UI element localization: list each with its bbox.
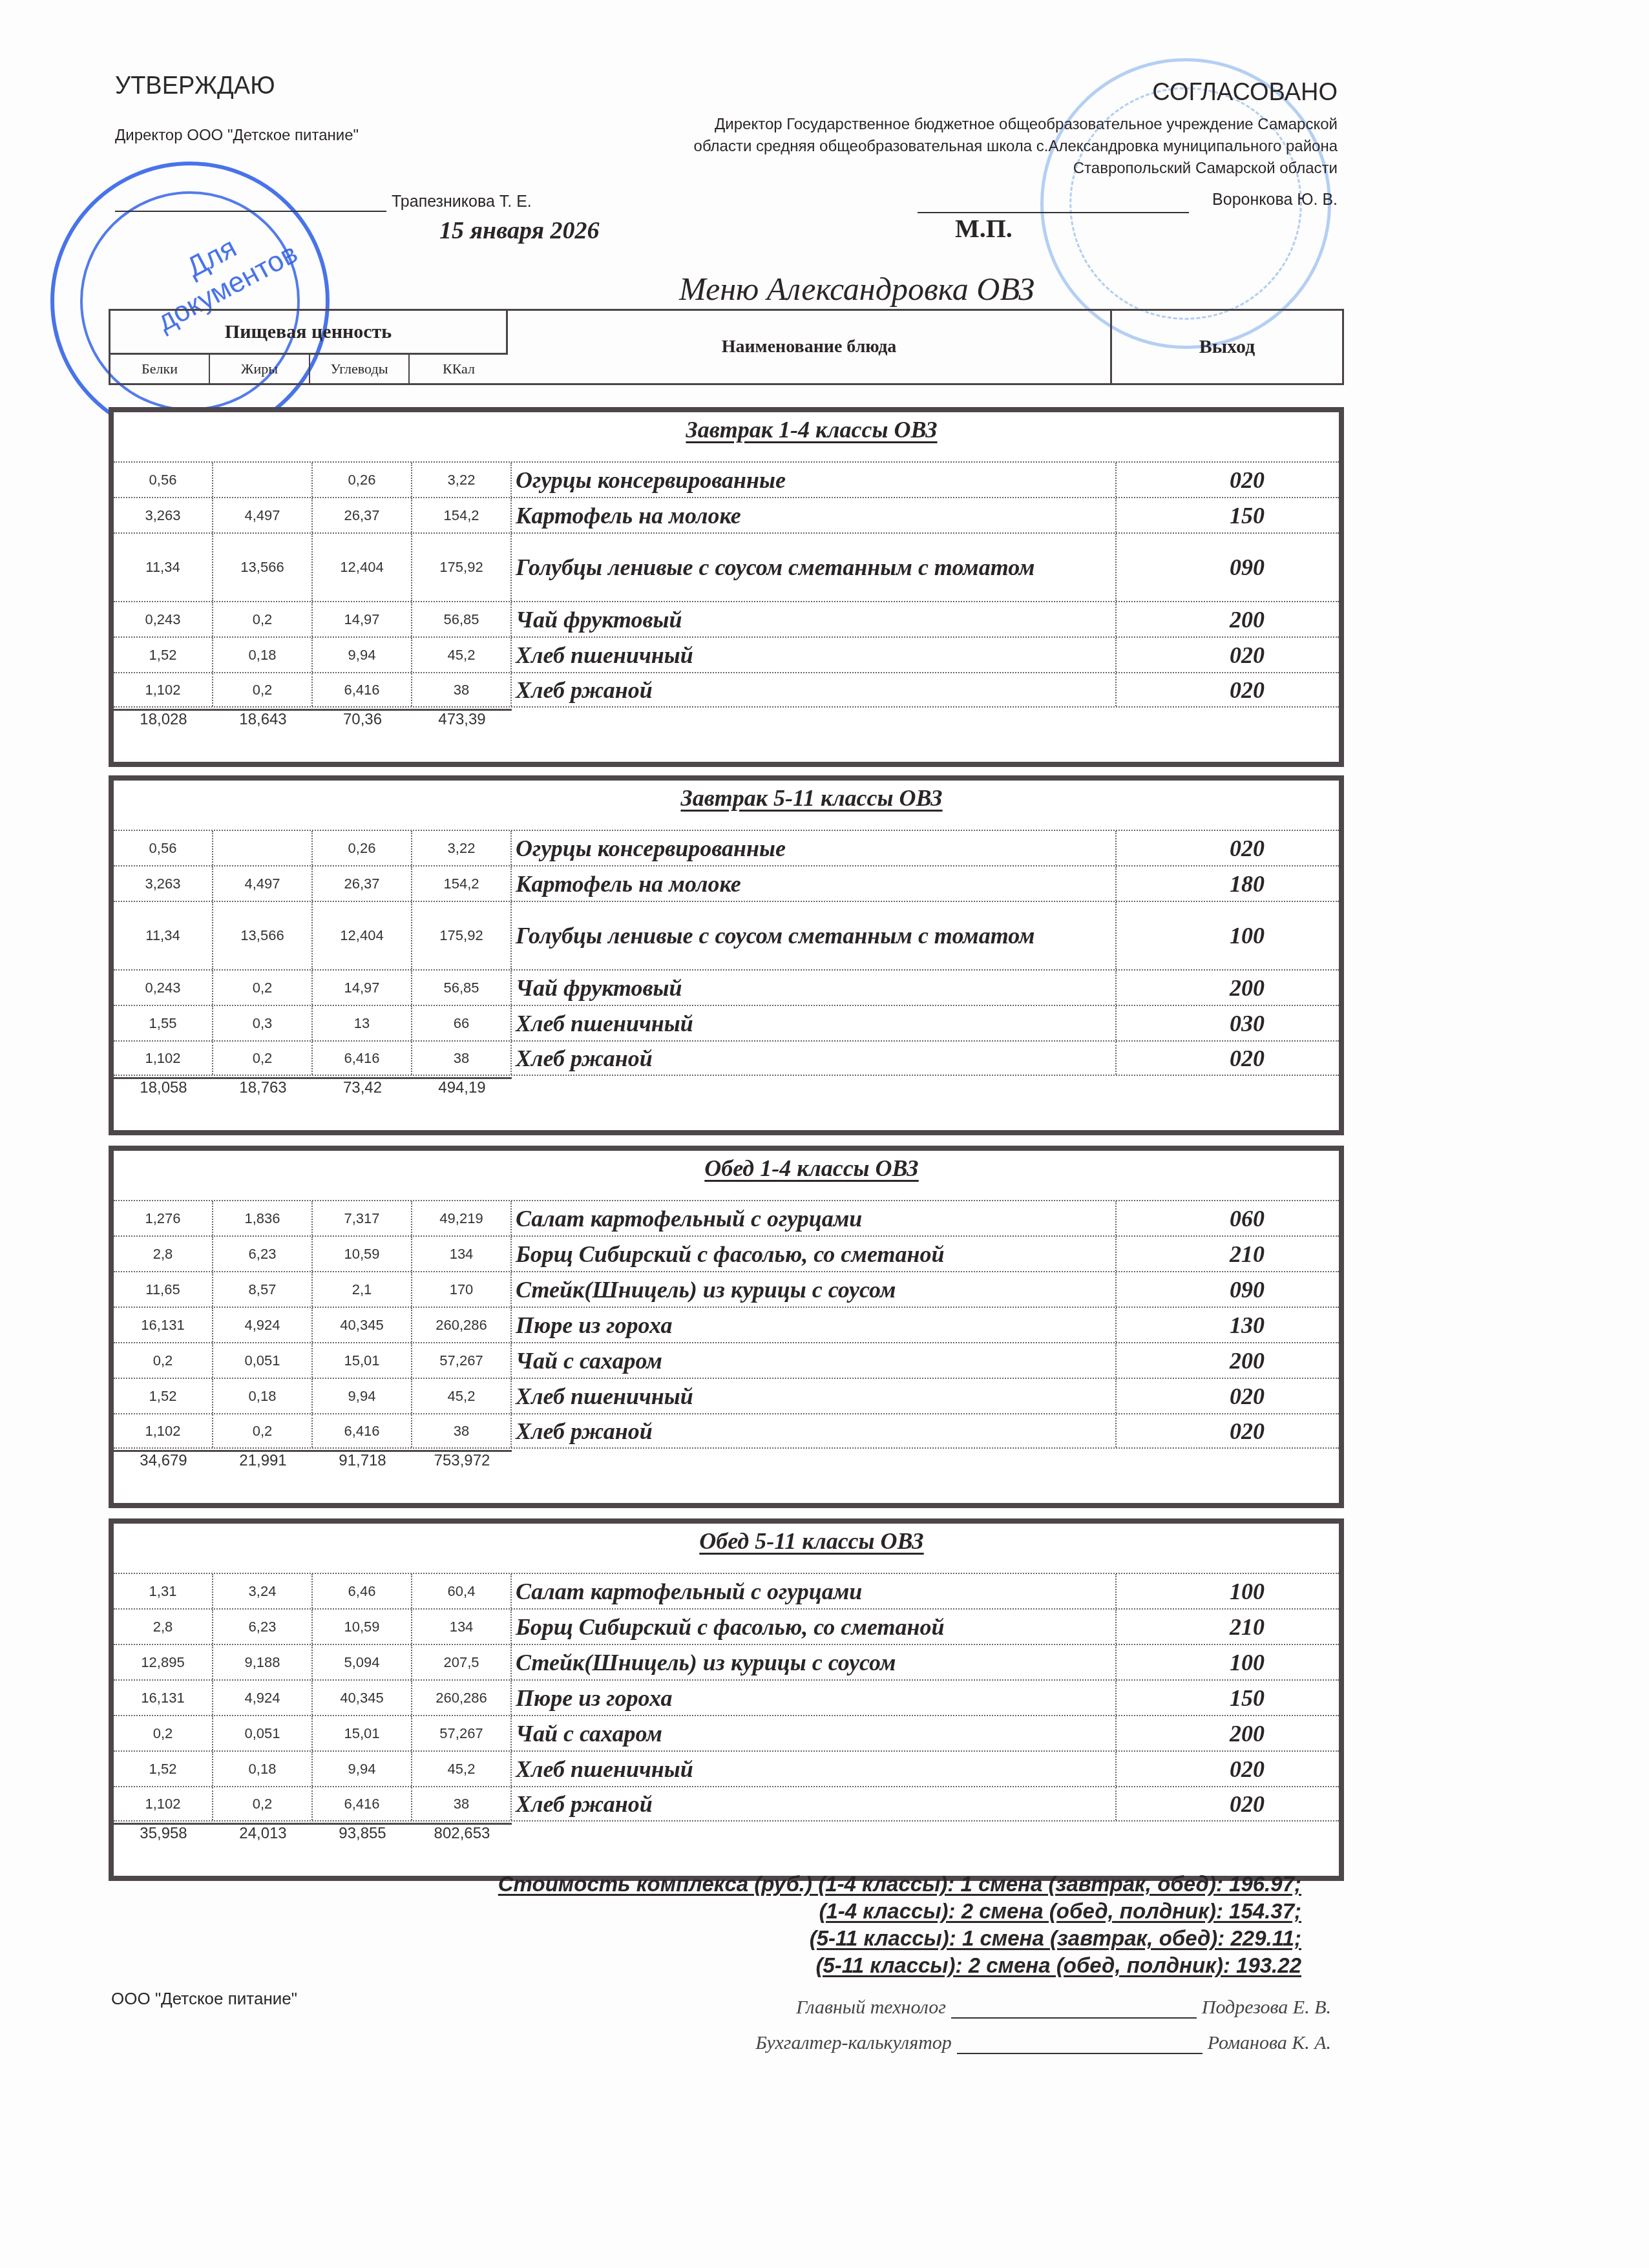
cell-output: 200 [1117,1343,1339,1378]
menu-section: Обед 5-11 классы ОВЗ1,313,246,4660,4Сала… [109,1518,1344,1881]
cell-dish-name: Салат картофельный с огурцами [512,1574,1117,1608]
cell-protein: 1,102 [114,673,213,706]
cell-protein: 0,243 [114,602,213,636]
footer-company: ООО "Детское питание" [111,1989,297,2009]
total-kcal: 494,19 [412,1079,512,1097]
cell-dish-name: Борщ Сибирский с фасолью, со сметаной [512,1610,1117,1644]
cell-kcal: 170 [412,1272,512,1307]
total-protein: 34,679 [114,1452,213,1470]
cell-fat: 6,23 [213,1610,313,1644]
totals-row: 18,02818,64370,36473,39 [114,709,512,729]
cell-protein: 11,65 [114,1272,213,1307]
section-rows: 1,2761,8367,31749,219Салат картофельный … [114,1200,1339,1449]
cell-kcal: 3,22 [412,831,512,865]
total-fat: 24,013 [213,1825,313,1843]
cost-line: Стоимость комплекса (руб.) (1-4 классы):… [498,1871,1301,1898]
cost-line: (5-11 классы): 1 смена (завтрак, обед): … [498,1925,1301,1952]
table-row: 1,550,31366Хлеб пшеничный030 [114,1005,1339,1040]
cell-protein: 11,34 [114,534,213,601]
signature-name: Романова К. А. [1208,2032,1331,2054]
cell-kcal: 56,85 [412,971,512,1005]
cell-fat: 0,3 [213,1006,313,1040]
table-row: 2,86,2310,59134Борщ Сибирский с фасолью,… [114,1235,1339,1271]
total-protein: 18,058 [114,1079,213,1097]
cell-output: 090 [1117,534,1339,601]
cell-carbs: 15,01 [313,1716,412,1750]
header-output: Выход [1112,311,1342,383]
table-row: 1,520,189,9445,2Хлеб пшеничный020 [114,1378,1339,1413]
cell-output: 200 [1117,1716,1339,1750]
cell-fat: 0,18 [213,1752,313,1786]
cell-carbs: 13 [313,1006,412,1040]
cell-dish-name: Салат картофельный с огурцами [512,1201,1117,1235]
cell-protein: 1,52 [114,1752,213,1786]
cell-kcal: 134 [412,1237,512,1271]
section-title: Завтрак 1-4 классы ОВЗ [508,416,1115,454]
cell-dish-name: Хлеб ржаной [512,1787,1117,1820]
cell-kcal: 207,5 [412,1645,512,1679]
agree-role-line: Ставропольский Самарской области [627,158,1338,180]
total-fat: 18,643 [213,711,313,729]
cell-output: 020 [1117,463,1339,497]
table-row: 1,1020,26,41638Хлеб ржаной020 [114,1413,1339,1449]
signature-technologist: Главный технолог Подрезова Е. В. [796,1997,1331,2019]
cell-dish-name: Хлеб ржаной [512,1042,1117,1075]
cell-dish-name: Огурцы консервированные [512,831,1117,865]
total-carbs: 91,718 [313,1452,412,1470]
section-rows: 1,313,246,4660,4Салат картофельный с огу… [114,1573,1339,1822]
cell-output: 150 [1117,498,1339,532]
table-row: 3,2634,49726,37154,2Картофель на молоке1… [114,497,1339,532]
cell-carbs: 9,94 [313,1752,412,1786]
cell-carbs: 6,416 [313,1787,412,1820]
table-row: 1,520,189,9445,2Хлеб пшеничный020 [114,1750,1339,1786]
table-row: 11,658,572,1170Стейк(Шницель) из курицы … [114,1271,1339,1307]
section-title: Завтрак 5-11 классы ОВЗ [508,784,1115,822]
cell-output: 020 [1117,1379,1339,1413]
cell-carbs: 5,094 [313,1645,412,1679]
cell-protein: 1,102 [114,1414,213,1447]
cell-output: 020 [1117,1042,1339,1075]
cell-output: 020 [1117,831,1339,865]
signature-name: Подрезова Е. В. [1202,1997,1331,2019]
table-row: 16,1314,92440,345260,286Пюре из гороха13… [114,1307,1339,1342]
table-row: 16,1314,92440,345260,286Пюре из гороха15… [114,1679,1339,1715]
cell-fat: 0,18 [213,1379,313,1413]
cell-fat [213,463,313,497]
cell-kcal: 134 [412,1610,512,1644]
cell-fat: 0,051 [213,1716,313,1750]
agree-role-line: Директор Государственное бюджетное общео… [627,114,1338,136]
cell-dish-name: Хлеб пшеничный [512,1006,1117,1040]
cell-carbs: 6,46 [313,1574,412,1608]
cell-output: 100 [1117,1574,1339,1608]
cell-kcal: 175,92 [412,902,512,969]
table-row: 1,2761,8367,31749,219Салат картофельный … [114,1200,1339,1235]
cell-protein: 1,52 [114,1379,213,1413]
cell-protein: 11,34 [114,902,213,969]
signature-role: Бухгалтер-калькулятор [755,2032,952,2054]
table-row: 2,86,2310,59134Борщ Сибирский с фасолью,… [114,1608,1339,1644]
approve-title: УТВЕРЖДАЮ [115,72,275,100]
table-row: 1,520,189,9445,2Хлеб пшеничный020 [114,636,1339,672]
cell-fat: 6,23 [213,1237,313,1271]
section-rows: 0,560,263,22Огурцы консервированные0203,… [114,830,1339,1076]
cell-output: 210 [1117,1237,1339,1271]
cell-carbs: 0,26 [313,463,412,497]
cell-dish-name: Стейк(Шницель) из курицы с соусом [512,1645,1117,1679]
cell-protein: 0,243 [114,971,213,1005]
cell-dish-name: Голубцы ленивые с соусом сметанным с том… [512,534,1117,601]
cell-protein: 16,131 [114,1681,213,1715]
table-row: 3,2634,49726,37154,2Картофель на молоке1… [114,865,1339,901]
cell-kcal: 260,286 [412,1681,512,1715]
table-row: 1,313,246,4660,4Салат картофельный с огу… [114,1573,1339,1608]
total-carbs: 73,42 [313,1079,412,1097]
total-fat: 18,763 [213,1079,313,1097]
cell-kcal: 38 [412,1414,512,1447]
cell-output: 020 [1117,1414,1339,1447]
header-dish-name: Наименование блюда [508,311,1112,383]
cell-output: 020 [1117,1787,1339,1820]
cell-carbs: 10,59 [313,1237,412,1271]
cell-fat: 0,18 [213,638,313,672]
cell-carbs: 14,97 [313,602,412,636]
cell-carbs: 6,416 [313,1414,412,1447]
cost-summary: Стоимость комплекса (руб.) (1-4 классы):… [498,1871,1301,1979]
cell-fat: 4,497 [213,866,313,901]
cell-fat: 13,566 [213,534,313,601]
cell-fat: 13,566 [213,902,313,969]
cell-dish-name: Огурцы консервированные [512,463,1117,497]
cell-kcal: 45,2 [412,638,512,672]
cell-dish-name: Пюре из гороха [512,1681,1117,1715]
cell-kcal: 56,85 [412,602,512,636]
section-title: Обед 1-4 классы ОВЗ [508,1155,1115,1192]
cell-fat: 0,051 [213,1343,313,1378]
cell-dish-name: Чай фруктовый [512,602,1117,636]
cell-fat: 0,2 [213,673,313,706]
cell-output: 210 [1117,1610,1339,1644]
cell-carbs: 40,345 [313,1308,412,1342]
cell-protein: 0,2 [114,1343,213,1378]
cell-protein: 1,55 [114,1006,213,1040]
cell-output: 020 [1117,638,1339,672]
cell-fat: 3,24 [213,1574,313,1608]
table-row: 0,2430,214,9756,85Чай фруктовый200 [114,969,1339,1005]
cell-output: 030 [1117,1006,1339,1040]
cell-protein: 1,31 [114,1574,213,1608]
agree-title: СОГЛАСОВАНО [1152,79,1338,107]
header-kcal: ККал [410,355,508,383]
cell-dish-name: Хлеб пшеничный [512,638,1117,672]
cost-line: (5-11 классы): 2 смена (обед, полдник): … [498,1952,1301,1979]
cell-carbs: 10,59 [313,1610,412,1644]
cell-output: 090 [1117,1272,1339,1307]
signature-line [957,2035,1203,2054]
cell-carbs: 6,416 [313,673,412,706]
cell-fat: 4,924 [213,1308,313,1342]
cell-kcal: 57,267 [412,1343,512,1378]
cell-kcal: 45,2 [412,1379,512,1413]
cell-protein: 2,8 [114,1237,213,1271]
document-date: 15 января 2026 [439,216,599,245]
cell-fat: 4,497 [213,498,313,532]
cell-kcal: 38 [412,1042,512,1075]
cell-dish-name: Стейк(Шницель) из курицы с соусом [512,1272,1117,1307]
cell-output: 100 [1117,902,1339,969]
totals-row: 18,05818,76373,42494,19 [114,1077,512,1097]
cell-dish-name: Хлеб пшеничный [512,1752,1117,1786]
table-row: 1,1020,26,41638Хлеб ржаной020 [114,672,1339,708]
cell-carbs: 40,345 [313,1681,412,1715]
agree-name: Воронкова Ю. В. [1212,191,1338,209]
totals-row: 35,95824,01393,855802,653 [114,1823,512,1843]
cell-protein: 16,131 [114,1308,213,1342]
cell-output: 200 [1117,602,1339,636]
cell-dish-name: Хлеб ржаной [512,1414,1117,1447]
cell-protein: 2,8 [114,1610,213,1644]
header-fat: Жиры [210,355,310,383]
cell-dish-name: Чай с сахаром [512,1716,1117,1750]
signature-role: Главный технолог [796,1997,946,2019]
cell-fat: 9,188 [213,1645,313,1679]
cell-kcal: 260,286 [412,1308,512,1342]
table-row: 0,560,263,22Огурцы консервированные020 [114,830,1339,865]
cost-line: (1-4 классы): 2 смена (обед, полдник): 1… [498,1898,1301,1925]
cell-fat: 8,57 [213,1272,313,1307]
cell-output: 020 [1117,673,1339,706]
table-row: 0,2430,214,9756,85Чай фруктовый200 [114,601,1339,636]
cell-dish-name: Голубцы ленивые с соусом сметанным с том… [512,902,1117,969]
cell-dish-name: Чай фруктовый [512,971,1117,1005]
cell-protein: 1,102 [114,1042,213,1075]
cell-protein: 1,52 [114,638,213,672]
header-carbs: Углеводы [310,355,410,383]
cell-dish-name: Хлеб пшеничный [512,1379,1117,1413]
total-kcal: 802,653 [412,1825,512,1843]
cell-protein: 0,56 [114,831,213,865]
cell-fat [213,831,313,865]
cell-carbs: 26,37 [313,498,412,532]
cell-output: 150 [1117,1681,1339,1715]
cell-kcal: 154,2 [412,498,512,532]
total-kcal: 473,39 [412,711,512,729]
cell-carbs: 2,1 [313,1272,412,1307]
cell-fat: 0,2 [213,1787,313,1820]
cell-output: 100 [1117,1645,1339,1679]
cell-carbs: 9,94 [313,638,412,672]
cell-kcal: 38 [412,673,512,706]
total-kcal: 753,972 [412,1452,512,1470]
approve-name: Трапезникова Т. Е. [392,193,532,211]
cell-kcal: 154,2 [412,866,512,901]
seal-label: М.П. [955,213,1013,244]
cell-protein: 12,895 [114,1645,213,1679]
cell-fat: 0,2 [213,602,313,636]
header-nutrition: Пищевая ценность [110,311,508,355]
cell-fat: 0,2 [213,1042,313,1075]
table-row: 1,1020,26,41638Хлеб ржаной020 [114,1786,1339,1822]
table-row: 1,1020,26,41638Хлеб ржаной020 [114,1040,1339,1076]
totals-row: 34,67921,99191,718753,972 [114,1450,512,1470]
cell-dish-name: Пюре из гороха [512,1308,1117,1342]
table-row: 12,8959,1885,094207,5Стейк(Шницель) из к… [114,1644,1339,1679]
cell-fat: 0,2 [213,971,313,1005]
cell-carbs: 9,94 [313,1379,412,1413]
cell-fat: 1,836 [213,1201,313,1235]
page-title: Меню Александровка ОВЗ [0,270,1649,308]
menu-section: Завтрак 5-11 классы ОВЗ0,560,263,22Огурц… [109,775,1344,1135]
cell-kcal: 175,92 [412,534,512,601]
cell-carbs: 26,37 [313,866,412,901]
cell-carbs: 7,317 [313,1201,412,1235]
table-row: 0,20,05115,0157,267Чай с сахаром200 [114,1715,1339,1750]
cell-carbs: 6,416 [313,1042,412,1075]
total-carbs: 70,36 [313,711,412,729]
cell-fat: 4,924 [213,1681,313,1715]
cell-kcal: 57,267 [412,1716,512,1750]
cell-output: 020 [1117,1752,1339,1786]
table-row: 0,560,263,22Огурцы консервированные020 [114,461,1339,497]
column-header: Пищевая ценность Белки Жиры Углеводы ККа… [109,309,1344,385]
cell-carbs: 0,26 [313,831,412,865]
table-row: 11,3413,56612,404175,92Голубцы ленивые с… [114,532,1339,601]
cell-carbs: 12,404 [313,534,412,601]
agree-role: Директор Государственное бюджетное общео… [627,114,1338,180]
cell-dish-name: Картофель на молоке [512,866,1117,901]
cell-dish-name: Чай с сахаром [512,1343,1117,1378]
cell-fat: 0,2 [213,1414,313,1447]
approve-role: Директор ООО "Детское питание" [115,127,359,145]
cell-kcal: 49,219 [412,1201,512,1235]
total-protein: 35,958 [114,1825,213,1843]
cell-dish-name: Хлеб ржаной [512,673,1117,706]
cell-kcal: 45,2 [412,1752,512,1786]
cell-carbs: 15,01 [313,1343,412,1378]
table-row: 11,3413,56612,404175,92Голубцы ленивые с… [114,901,1339,969]
total-carbs: 93,855 [313,1825,412,1843]
cell-kcal: 3,22 [412,463,512,497]
cell-carbs: 14,97 [313,971,412,1005]
cell-kcal: 66 [412,1006,512,1040]
cell-protein: 1,276 [114,1201,213,1235]
cell-dish-name: Картофель на молоке [512,498,1117,532]
table-row: 0,20,05115,0157,267Чай с сахаром200 [114,1342,1339,1378]
cell-protein: 0,2 [114,1716,213,1750]
total-protein: 18,028 [114,711,213,729]
menu-section: Завтрак 1-4 классы ОВЗ0,560,263,22Огурцы… [109,407,1344,767]
cell-protein: 1,102 [114,1787,213,1820]
cell-protein: 3,263 [114,866,213,901]
cell-protein: 3,263 [114,498,213,532]
agree-role-line: области средняя общеобразовательная школ… [627,136,1338,158]
cell-carbs: 12,404 [313,902,412,969]
cell-dish-name: Борщ Сибирский с фасолью, со сметаной [512,1237,1117,1271]
cell-output: 200 [1117,971,1339,1005]
menu-section: Обед 1-4 классы ОВЗ1,2761,8367,31749,219… [109,1146,1344,1508]
cell-kcal: 60,4 [412,1574,512,1608]
approve-signature-line [115,211,386,212]
header-protein: Белки [110,355,210,383]
cell-kcal: 38 [412,1787,512,1820]
signature-accountant: Бухгалтер-калькулятор Романова К. А. [755,2032,1331,2054]
cell-output: 060 [1117,1201,1339,1235]
cell-output: 130 [1117,1308,1339,1342]
cell-output: 180 [1117,866,1339,901]
section-rows: 0,560,263,22Огурцы консервированные0203,… [114,461,1339,708]
signature-line [951,1999,1197,2019]
total-fat: 21,991 [213,1452,313,1470]
cell-protein: 0,56 [114,463,213,497]
section-title: Обед 5-11 классы ОВЗ [508,1528,1115,1565]
